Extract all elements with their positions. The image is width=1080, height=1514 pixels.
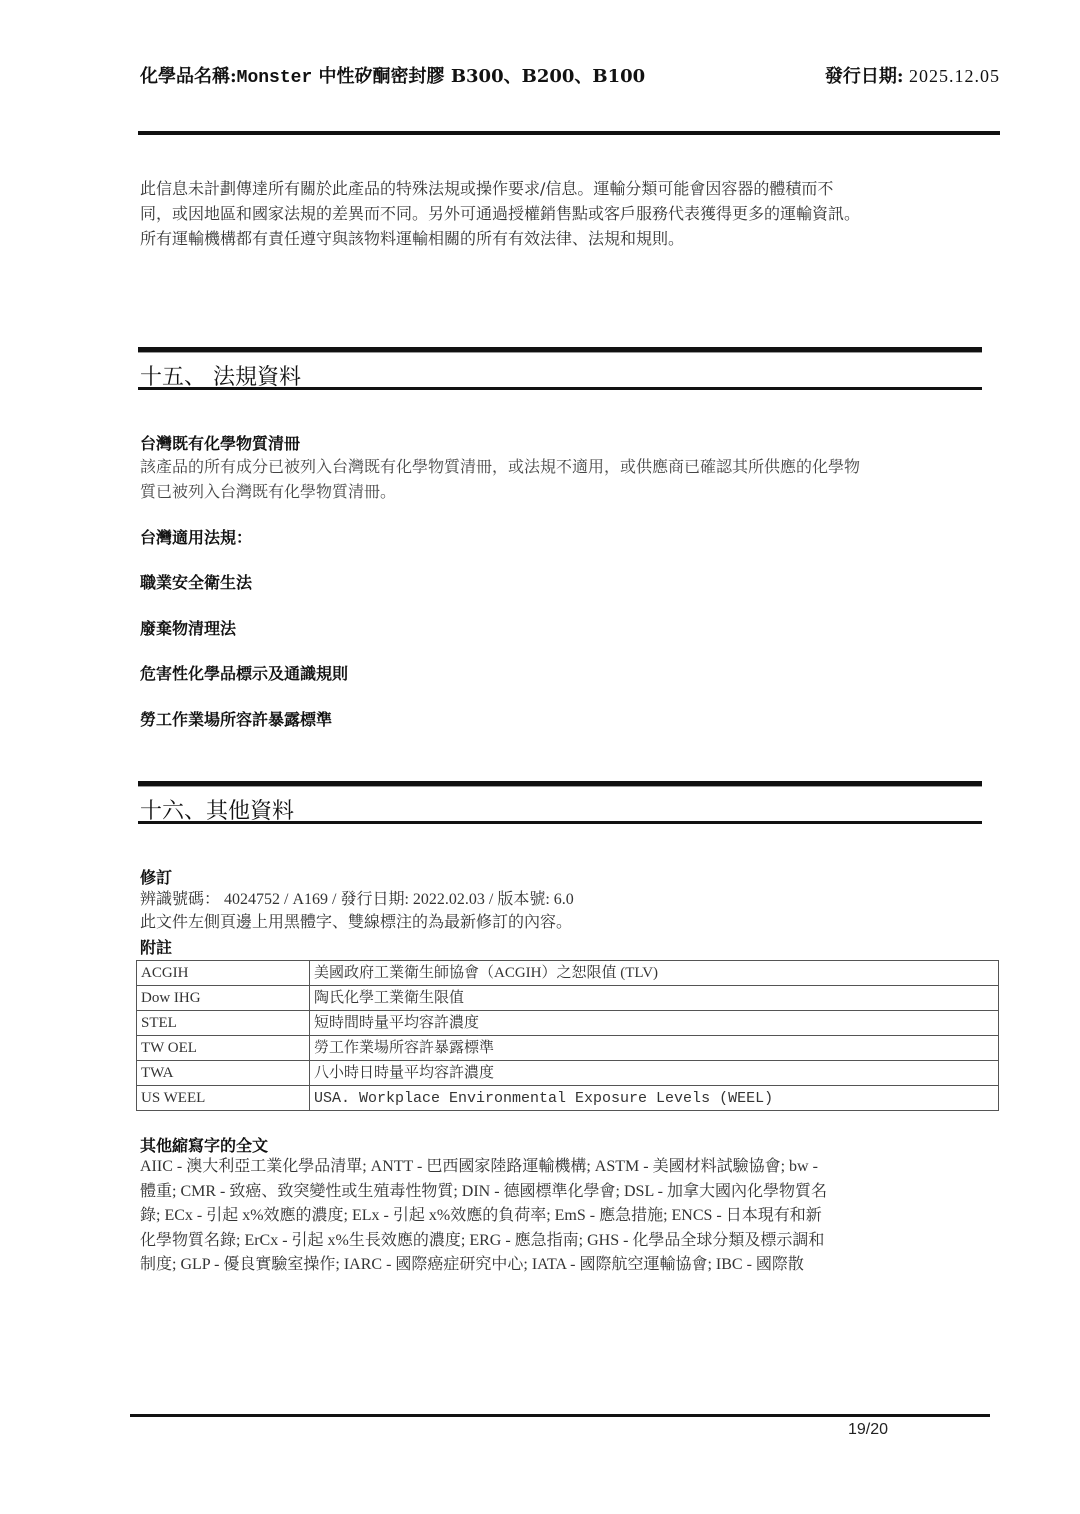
abbr-cell: TW OEL	[137, 1036, 310, 1061]
inventory-heading: 台灣既有化學物質清冊	[140, 431, 300, 454]
regulation-item: 職業安全衛生法	[140, 570, 252, 593]
abbr-cell: ACGIH	[137, 961, 310, 986]
paragraph-line: 此信息未計劃傳達所有關於此產品的特殊法規或操作要求/信息。運輸分類可能會因容器的…	[140, 176, 980, 201]
issue-date: 發行日期: 2025.12.05	[825, 62, 1000, 88]
abbr-cell: US WEEL	[137, 1086, 310, 1111]
abbreviations-heading: 其他縮寫字的全文	[140, 1133, 268, 1156]
table-row: US WEEL USA. Workplace Environmental Exp…	[137, 1086, 999, 1111]
paragraph-line: 該產品的所有成分已被列入台灣既有化學物質清冊，或法規不適用，或供應商已確認其所供…	[140, 454, 980, 479]
regulation-item: 危害性化學品標示及通識規則	[140, 661, 348, 684]
product-name-label: 化學品名稱:	[140, 66, 237, 87]
abbr-cell: TWA	[137, 1061, 310, 1086]
notes-heading: 附註	[140, 935, 172, 958]
section-15-underline	[138, 387, 982, 390]
table-row: TW OEL 勞工作業場所容許暴露標準	[137, 1036, 999, 1061]
abbr-cell: Dow IHG	[137, 986, 310, 1011]
revision-heading: 修訂	[140, 865, 172, 888]
table-row: STEL 短時間時量平均容許濃度	[137, 1011, 999, 1036]
paragraph-line: 質已被列入台灣既有化學物質清冊。	[140, 479, 980, 504]
paragraph-line: 制度; GLP - 優良實驗室操作; IARC - 國際癌症研究中心; IATA…	[140, 1253, 980, 1278]
desc-cell: USA. Workplace Environmental Exposure Le…	[310, 1086, 999, 1111]
abbreviation-table: ACGIH 美國政府工業衛生師協會（ACGIH）之恕限值 (TLV) Dow I…	[136, 960, 999, 1111]
desc-cell: 勞工作業場所容許暴露標準	[310, 1036, 999, 1061]
issue-date-value: 2025.12.05	[904, 66, 1001, 86]
table-row: ACGIH 美國政府工業衛生師協會（ACGIH）之恕限值 (TLV)	[137, 961, 999, 986]
desc-cell: 八小時日時量平均容許濃度	[310, 1061, 999, 1086]
section-16-top-bar	[138, 781, 982, 787]
table-row: TWA 八小時日時量平均容許濃度	[137, 1061, 999, 1086]
revision-note-line: 此文件左側頁邊上用黑體字、雙線標注的為最新修訂的內容。	[140, 911, 572, 934]
applicable-regulations-heading: 台灣適用法規：	[140, 525, 252, 548]
header-divider	[138, 131, 1000, 135]
document-product-title: 化學品名稱:Monster 中性矽酮密封膠 B300、B200、B100	[140, 62, 645, 88]
desc-cell: 美國政府工業衛生師協會（ACGIH）之恕限值 (TLV)	[310, 961, 999, 986]
page-number: 19/20	[848, 1421, 888, 1439]
footer-divider	[130, 1414, 990, 1417]
abbreviations-paragraph: AIIC - 澳大利亞工業化學品清單; ANTT - 巴西國家陸路運輸機構; A…	[140, 1155, 980, 1278]
paragraph-line: 所有運輸機構都有責任遵守與該物料運輸相關的所有有效法律、法規和規則。	[140, 226, 980, 251]
regulation-item: 廢棄物清理法	[140, 616, 236, 639]
regulation-item: 勞工作業場所容許暴露標準	[140, 707, 332, 730]
paragraph-line: 化學物質名錄; ErCx - 引起 x%生長效應的濃度; ERG - 應急指南;…	[140, 1229, 980, 1254]
section-15-top-bar	[138, 347, 982, 353]
revision-id-line: 辨識號碼： 4024752 / A169 / 發行日期: 2022.02.03 …	[140, 888, 574, 911]
issue-date-label: 發行日期:	[825, 66, 904, 87]
paragraph-line: 同，或因地區和國家法規的差異而不同。另外可通過授權銷售點或客戶服務代表獲得更多的…	[140, 201, 980, 226]
table-row: Dow IHG 陶氏化學工業衛生限值	[137, 986, 999, 1011]
product-brand: Monster	[237, 68, 313, 88]
transport-note-paragraph: 此信息未計劃傳達所有關於此產品的特殊法規或操作要求/信息。運輸分類可能會因容器的…	[140, 176, 980, 251]
product-name: 中性矽酮密封膠 B300、B200、B100	[312, 66, 645, 87]
inventory-paragraph: 該產品的所有成分已被列入台灣既有化學物質清冊，或法規不適用，或供應商已確認其所供…	[140, 454, 980, 504]
paragraph-line: AIIC - 澳大利亞工業化學品清單; ANTT - 巴西國家陸路運輸機構; A…	[140, 1155, 980, 1180]
desc-cell: 陶氏化學工業衛生限值	[310, 986, 999, 1011]
paragraph-line: 錄; ECx - 引起 x%效應的濃度; ELx - 引起 x%效應的負荷率; …	[140, 1204, 980, 1229]
section-16-underline	[138, 821, 982, 824]
paragraph-line: 體重; CMR - 致癌、致突變性或生殖毒性物質; DIN - 德國標準化學會;…	[140, 1180, 980, 1205]
desc-cell: 短時間時量平均容許濃度	[310, 1011, 999, 1036]
abbr-cell: STEL	[137, 1011, 310, 1036]
